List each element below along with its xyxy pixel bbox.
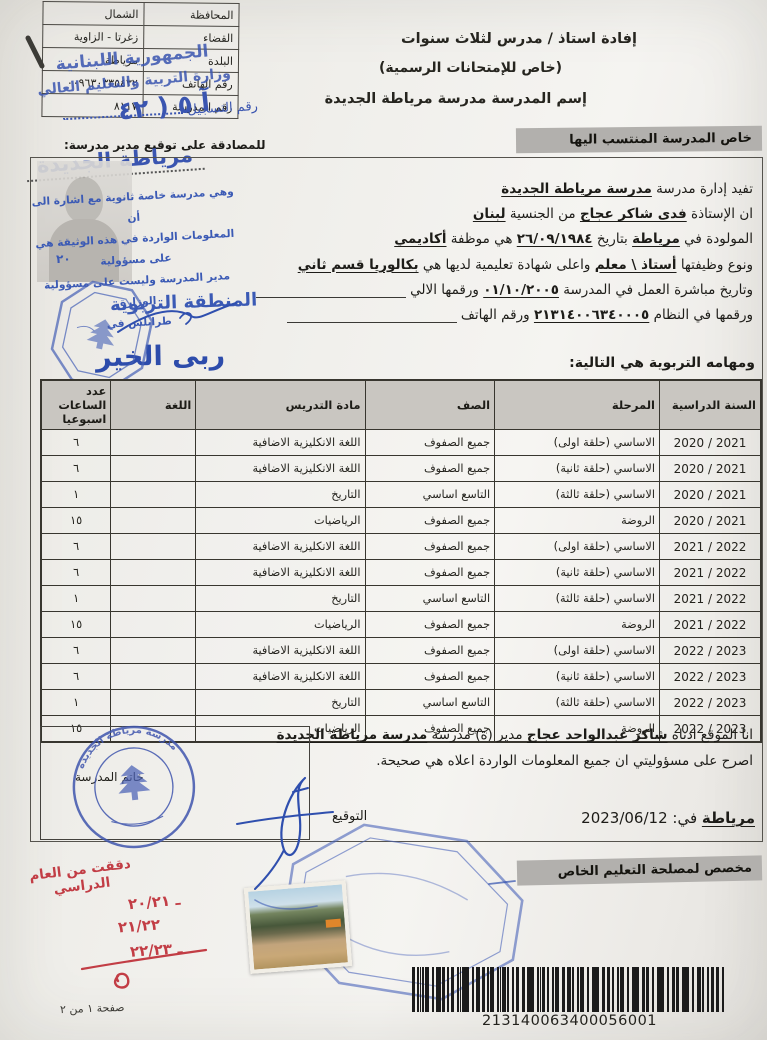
text-segment: المولودة في: [680, 231, 753, 247]
duties-table-cell: اللغة الانكليزية الاضافية: [196, 638, 365, 664]
duties-table-row: 2022 / 2023الاساسي (حلقة اولى)جميع الصفو…: [41, 638, 761, 664]
duties-table-cell: 2020 / 2021: [659, 508, 761, 534]
duties-table-cell: ٦: [41, 664, 111, 690]
duties-table-cell: ٦: [41, 560, 111, 586]
info-label: المحافظة: [144, 3, 239, 27]
text-segment: أستاذ \ معلم: [595, 257, 677, 273]
col-language: اللغة: [111, 380, 196, 430]
duties-table-cell: [111, 534, 196, 560]
duties-table-cell: جميع الصفوف: [365, 664, 495, 690]
duties-table-cell: الاساسي (حلقة اولى): [495, 638, 660, 664]
duties-table-cell: ٦: [41, 430, 111, 456]
duties-table-cell: اللغة الانكليزية الاضافية: [196, 560, 365, 586]
place-date-line: مرياطة في: 2023/06/12: [581, 809, 755, 827]
text-segment: ٠١/١٠/٢٠٠٥: [483, 282, 559, 298]
body-line: ورقمها في النظام ٢١٣١٤٠٠٦٣٤٠٠٠٥ ورقم اله…: [238, 303, 753, 328]
text-segment: مدير (ة) مدرسة: [427, 727, 527, 743]
barcode: [412, 967, 724, 1012]
duties-table-row: 2020 / 2021الاساسي (حلقة ثانية)جميع الصف…: [41, 456, 761, 482]
duties-table-cell: [111, 560, 196, 586]
declaration-line: اصرح على مسؤوليتي ان جميع المعلومات الوا…: [238, 749, 753, 775]
duties-table-cell: اللغة الانكليزية الاضافية: [196, 534, 365, 560]
duties-table-row: 2021 / 2022الاساسي (حلقة ثانية)جميع الصف…: [41, 560, 761, 586]
table-row: المحافظةالشمال: [43, 1, 239, 26]
duties-table-cell: 2021 / 2022: [659, 534, 761, 560]
text-segment: مرياطة: [702, 809, 755, 827]
scanned-document-page: المحافظةالشمال القضاءزغرتا - الزاوية الب…: [0, 0, 767, 1040]
text-segment: أكاديمي: [394, 231, 446, 247]
duties-table-cell: [111, 508, 196, 534]
document-title: إفادة استاذ / مدرس لثلاث سنوات: [401, 31, 637, 47]
table-row: رقم الهاتف٠٠٩٦٣٠٣٣٥٤٣٢: [42, 70, 238, 95]
col-weekly-hours: عدد الساعات اسبوعيا: [41, 380, 111, 430]
text-segment: اصرح على مسؤوليتي ان جميع المعلومات الوا…: [376, 753, 753, 769]
duties-table-cell: الاساسي (حلقة ثالثة): [495, 690, 660, 716]
duties-table-cell: 2020 / 2021: [659, 456, 761, 482]
duties-table-cell: 2020 / 2021: [659, 482, 761, 508]
text-segment: مرياطة: [632, 231, 680, 247]
duties-table-cell: اللغة الانكليزية الاضافية: [196, 456, 365, 482]
duties-table-cell: [111, 638, 196, 664]
info-label: القضاء: [144, 26, 239, 50]
duties-table-cell: الاساسي (حلقة اولى): [495, 430, 660, 456]
duties-table-cell: ٦: [41, 638, 111, 664]
barcode-number: 213140063400056001: [462, 1013, 677, 1029]
duties-table-row: 2021 / 2022الاساسي (حلقة ثالثة)التاسع اس…: [41, 586, 761, 612]
text-segment: فدى شاكر عجاج: [580, 206, 687, 222]
duties-table-cell: 2020 / 2021: [659, 430, 761, 456]
info-value: ٠٠٩٦٣٠٣٣٥٤٣٢: [42, 70, 143, 94]
duties-table-cell: 2022 / 2023: [659, 638, 761, 664]
duties-table-cell: الاساسي (حلقة ثالثة): [495, 482, 660, 508]
text-segment: لبنان: [473, 206, 506, 222]
duties-table-row: 2021 / 2022الروضةجميع الصفوفالرياضيات١٥: [41, 612, 761, 638]
body-line: ان الإستاذة فدى شاكر عجاج من الجنسية لبن…: [238, 202, 753, 227]
text-segment: ورقم الهاتف: [457, 307, 534, 323]
duties-table-cell: جميع الصفوف: [365, 560, 495, 586]
col-school-year: السنة الدراسية: [659, 380, 761, 430]
duties-table-cell: ١: [41, 586, 111, 612]
duties-table-cell: [111, 612, 196, 638]
col-stage: المرحلة: [495, 380, 660, 430]
col-class: الصف: [365, 380, 495, 430]
duties-table-cell: [111, 586, 196, 612]
declaration-text: انا الموقع ادناه شاكر عبدالواحد عجاج مدي…: [238, 723, 753, 774]
body-line: ونوع وظيفتها أستاذ \ معلم واعلى شهادة تع…: [238, 253, 753, 278]
pen-mark: [28, 38, 42, 66]
duties-table-cell: ١٥: [41, 508, 111, 534]
info-label: البلدة: [143, 49, 238, 73]
section-bar-school: خاص المدرسة المنتسب اليها: [516, 126, 762, 154]
declaration-line: انا الموقع ادناه شاكر عبدالواحد عجاج مدي…: [238, 723, 753, 749]
duties-table-cell: ١٥: [41, 612, 111, 638]
disclaimer-stamp-year: ٢٠: [56, 252, 71, 266]
body-line: تفيد إدارة مدرسة مدرسة مرياطة الجديدة: [238, 177, 753, 202]
red-audit-year: ـ ٢٠/٢١: [127, 891, 181, 914]
info-value: زغرتا - الزاوية: [43, 24, 144, 48]
text-segment: ورقمها في النظام: [649, 307, 753, 323]
duties-table-cell: الاساسي (حلقة ثانية): [495, 560, 660, 586]
text-segment: تفيد إدارة مدرسة: [652, 181, 753, 197]
text-segment: ان الإستاذة: [687, 206, 753, 222]
duties-table: السنة الدراسية المرحلة الصف مادة التدريس…: [40, 379, 762, 743]
duties-table-cell: الروضة: [495, 612, 660, 638]
text-segment: ٢٦/٠٩/١٩٨٤: [517, 231, 593, 247]
duties-table-row: 2021 / 2022الاساسي (حلقة اولى)جميع الصفو…: [41, 534, 761, 560]
duties-table-row: 2020 / 2021الاساسي (حلقة ثالثة)التاسع اس…: [41, 482, 761, 508]
tasks-intro: ومهامه التربوية هي التالية:: [569, 355, 755, 371]
duties-table-row: 2022 / 2023الاساسي (حلقة ثانية)جميع الصف…: [41, 664, 761, 690]
col-subject: مادة التدريس: [196, 380, 365, 430]
duties-table-cell: اللغة الانكليزية الاضافية: [196, 430, 365, 456]
fiscal-revenue-stamp: [244, 880, 352, 974]
text-segment: ٢١٣١٤٠٠٦٣٤٠٠٠٥: [534, 307, 649, 323]
duties-table-row: 2020 / 2021الروضةجميع الصفوفالرياضيات١٥: [41, 508, 761, 534]
info-value: مرياطة: [42, 47, 143, 71]
red-audit-year: ـ ٢٢/٢٣: [129, 939, 183, 961]
document-subtitle: (خاص للإمتحانات الرسمية): [379, 60, 562, 76]
red-audit-year: ٢١/٢٢: [117, 916, 160, 937]
duties-table-cell: التاريخ: [196, 690, 365, 716]
school-round-stamp: مدرسة مرياطة الجديدة: [57, 714, 210, 862]
duties-table-cell: جميع الصفوف: [365, 534, 495, 560]
duties-table-cell: الاساسي (حلقة ثانية): [495, 664, 660, 690]
duties-table-cell: جميع الصفوف: [365, 430, 495, 456]
school-name-line: إسم المدرسة مدرسة مرياطة الجديدة: [325, 91, 587, 107]
text-segment: [256, 283, 406, 298]
duties-table-cell: [111, 430, 196, 456]
text-segment: ورقمها الالي: [406, 282, 483, 298]
duties-table-row: 2022 / 2023الاساسي (حلقة ثالثة)التاسع اس…: [41, 690, 761, 716]
text-segment: شاكر عبدالواحد عجاج: [527, 727, 668, 743]
duties-table-cell: الاساسي (حلقة اولى): [495, 534, 660, 560]
duties-table-cell: اللغة الانكليزية الاضافية: [196, 664, 365, 690]
text-segment: وتاريخ مباشرة العمل في المدرسة: [559, 282, 753, 298]
duties-table-cell: 2021 / 2022: [659, 560, 761, 586]
duties-table-cell: 2021 / 2022: [659, 612, 761, 638]
text-segment: بتاريخ: [593, 231, 633, 247]
duties-table-cell: ٦: [41, 456, 111, 482]
duties-table-cell: [111, 456, 196, 482]
duties-table-cell: التاسع اساسي: [365, 586, 495, 612]
section-bar-private: مخصص لمصلحة التعليم الخاص: [517, 855, 762, 885]
duties-table-cell: الرياضيات: [196, 508, 365, 534]
text-segment: هي موظفة: [447, 231, 517, 247]
text-segment: ونوع وظيفتها: [677, 257, 753, 273]
duties-table-cell: جميع الصفوف: [365, 508, 495, 534]
duties-table-cell: [111, 690, 196, 716]
body-line: المولودة في مرياطة بتاريخ ٢٦/٠٩/١٩٨٤ هي …: [238, 227, 753, 252]
certificate-body-text: تفيد إدارة مدرسة مدرسة مرياطة الجديدة ان…: [238, 177, 753, 328]
table-header-row: السنة الدراسية المرحلة الصف مادة التدريس…: [41, 380, 761, 430]
duties-table-cell: 2022 / 2023: [659, 664, 761, 690]
duties-table-cell: التاسع اساسي: [365, 690, 495, 716]
duties-table-cell: 2022 / 2023: [659, 690, 761, 716]
duties-table-cell: ١: [41, 690, 111, 716]
duties-table-cell: جميع الصفوف: [365, 612, 495, 638]
page-number-footer: صفحة ١ من ٢: [60, 1001, 125, 1016]
text-segment: بكالوريا قسم ثاني: [298, 257, 419, 273]
text-segment: واعلى شهادة تعليمية لديها هي: [419, 257, 595, 273]
body-line: وتاريخ مباشرة العمل في المدرسة ٠١/١٠/٢٠٠…: [238, 278, 753, 303]
text-segment: [287, 309, 457, 324]
duties-table-cell: 2021 / 2022: [659, 586, 761, 612]
table-row: القضاءزغرتا - الزاوية: [43, 24, 239, 49]
text-segment: من الجنسية: [506, 206, 580, 222]
duties-table-cell: التاسع اساسي: [365, 482, 495, 508]
duties-table-cell: الرياضيات: [196, 612, 365, 638]
text-segment: انا الموقع ادناه: [668, 727, 753, 743]
duties-table-row: 2020 / 2021الاساسي (حلقة اولى)جميع الصفو…: [41, 430, 761, 456]
duties-table-cell: ١: [41, 482, 111, 508]
text-segment: مدرسة مرياطة الجديدة: [501, 181, 652, 197]
duties-table-cell: التاريخ: [196, 482, 365, 508]
duties-table-cell: الاساسي (حلقة ثالثة): [495, 586, 660, 612]
table-row: البلدةمرياطة: [42, 47, 238, 72]
duties-table-cell: الاساسي (حلقة ثانية): [495, 456, 660, 482]
duties-table-cell: جميع الصفوف: [365, 456, 495, 482]
duties-table-cell: ٦: [41, 534, 111, 560]
duties-table-cell: جميع الصفوف: [365, 638, 495, 664]
duties-table-cell: [111, 482, 196, 508]
duties-table-cell: التاريخ: [196, 586, 365, 612]
cedar-icon: [85, 316, 119, 351]
duties-table-cell: [111, 664, 196, 690]
cedar-icon: [116, 763, 151, 801]
duties-table-cell: الروضة: [495, 508, 660, 534]
text-segment: في: 2023/06/12: [581, 809, 702, 827]
info-value: الشمال: [43, 1, 144, 25]
